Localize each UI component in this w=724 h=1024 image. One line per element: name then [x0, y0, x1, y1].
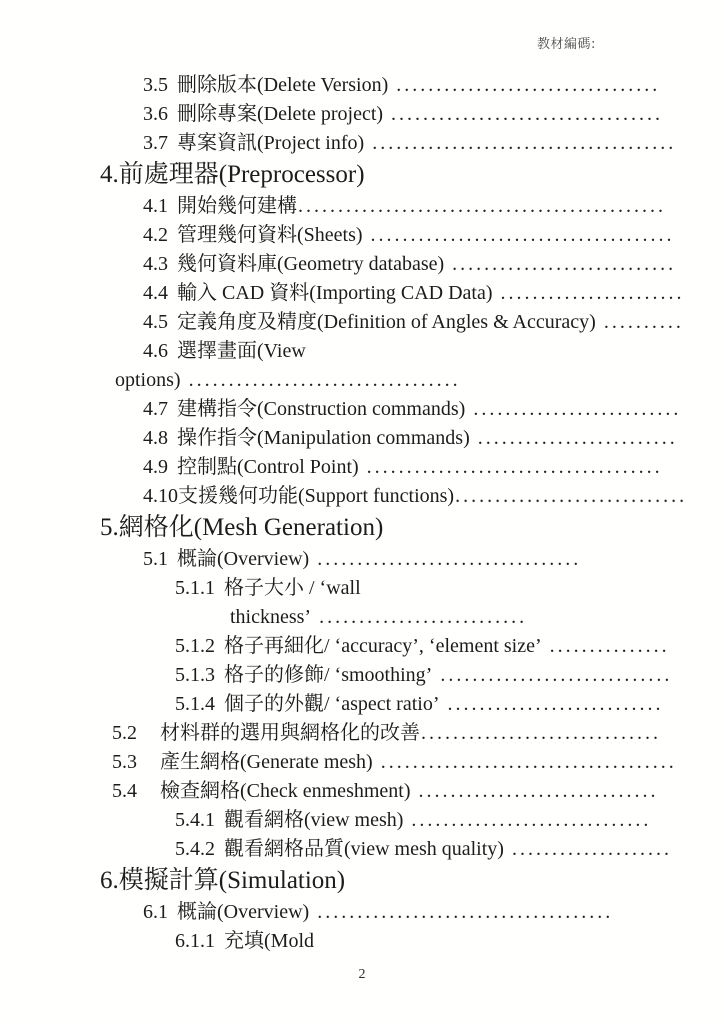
toc-entry: 5.3產生網格(Generate mesh)..................…: [112, 748, 724, 777]
entry-number: 6.1: [143, 901, 168, 923]
entry-text: 個子的外觀/ ‘aspect ratio’: [224, 693, 440, 715]
toc-entry: 4.3幾何資料庫(Geometry database).............…: [143, 250, 724, 279]
toc: 3.5刪除版本(Delete Version).................…: [0, 71, 724, 956]
entry-number: 5.1.3: [175, 664, 215, 686]
dot-leader: .....................................: [381, 751, 677, 773]
toc-entry: 4.7建構指令(Construction commands)..........…: [143, 395, 724, 424]
entry-text: 概論(Overview): [177, 548, 309, 570]
entry-text: 操作指令(Manipulation commands): [177, 427, 470, 449]
dot-leader: ...........................: [448, 693, 664, 715]
toc-entry: 4.9控制點(Control Point)...................…: [143, 453, 724, 482]
entry-number: 5.2: [112, 719, 160, 748]
entry-text: 格子大小 / ‘wall: [224, 577, 361, 599]
toc-entry: thickness’..........................: [230, 603, 724, 632]
entry-number: 4.1: [143, 195, 168, 217]
toc-entry: 5.1概論(Overview).........................…: [143, 545, 724, 574]
page-number: 2: [0, 967, 724, 983]
entry-number: 3.6: [143, 103, 168, 125]
entry-number: 5.4.2: [175, 838, 215, 860]
entry-text: 6.模擬計算(Simulation): [100, 867, 345, 894]
entry-number: 4.2: [143, 224, 168, 246]
toc-entry: 4.5定義角度及精度(Definition of Angles & Accura…: [143, 308, 724, 337]
toc-entry: 4.8操作指令(Manipulation commands)..........…: [143, 424, 724, 453]
entry-number: 4.4: [143, 282, 168, 304]
entry-number: 5.3: [112, 748, 160, 777]
toc-entry: 3.5刪除版本(Delete Version).................…: [143, 71, 724, 100]
entry-text: 專案資訊(Project info): [177, 132, 364, 154]
toc-entry: 5.1.4個子的外觀/ ‘aspect ratio’..............…: [175, 690, 724, 719]
dot-leader: ..............................: [421, 722, 661, 744]
dot-leader: ........................................…: [298, 195, 666, 217]
entry-number: 5.1.4: [175, 693, 215, 715]
entry-text: 概論(Overview): [177, 901, 309, 923]
toc-entry: options)................................…: [115, 366, 724, 395]
dot-leader: .............................: [455, 485, 687, 507]
entry-text: 觀看網格(view mesh): [224, 809, 403, 831]
toc-entry: 5.1.1格子大小 / ‘wall: [175, 574, 724, 603]
dot-leader: ..........................: [473, 398, 681, 420]
dot-leader: ..................................: [391, 103, 663, 125]
toc-entry: 5.4.1觀看網格(view mesh)....................…: [175, 806, 724, 835]
entry-text: 充填(Mold: [224, 930, 314, 952]
entry-text: 格子再細化/ ‘accuracy’, ‘element size’: [224, 635, 542, 657]
toc-entry: 4.10支援幾何功能(Support functions)...........…: [143, 482, 724, 511]
entry-number: 4.9: [143, 456, 168, 478]
entry-text: 輸入 CAD 資料(Importing CAD Data): [177, 282, 493, 304]
entry-text: 觀看網格品質(view mesh quality): [224, 838, 504, 860]
entry-text: thickness’: [230, 606, 311, 628]
dot-leader: ............................: [452, 253, 676, 275]
entry-text: 建構指令(Construction commands): [177, 398, 465, 420]
entry-number: 5.4: [112, 777, 160, 806]
entry-number: 5.1.1: [175, 577, 215, 599]
dot-leader: ......................................: [372, 132, 676, 154]
dot-leader: ..................................: [189, 369, 461, 391]
toc-entry: 5.網格化(Mesh Generation): [100, 511, 724, 545]
header-label: 教材編碼:: [537, 33, 596, 52]
entry-number: 5.1: [143, 548, 168, 570]
dot-leader: .................................: [396, 74, 660, 96]
entry-number: 5.4.1: [175, 809, 215, 831]
toc-entry: 4.1開始幾何建構...............................…: [143, 192, 724, 221]
dot-leader: ..........: [604, 311, 684, 333]
dot-leader: .....................................: [367, 456, 663, 478]
entry-number: 4.10: [143, 485, 178, 507]
entry-text: 刪除版本(Delete Version): [177, 74, 388, 96]
toc-entry: 6.1.1充填(Mold: [175, 927, 724, 956]
entry-number: 4.5: [143, 311, 168, 333]
dot-leader: ..............................: [419, 780, 659, 802]
entry-number: 3.5: [143, 74, 168, 96]
entry-text: 控制點(Control Point): [177, 456, 359, 478]
entry-text: 定義角度及精度(Definition of Angles & Accuracy): [177, 311, 596, 333]
dot-leader: .........................: [478, 427, 678, 449]
entry-text: 產生網格(Generate mesh): [160, 751, 373, 773]
dot-leader: ..........................: [319, 606, 527, 628]
toc-entry: 3.6刪除專案(Delete project).................…: [143, 100, 724, 129]
toc-entry: 6.模擬計算(Simulation): [100, 864, 724, 898]
toc-entry: 3.7專案資訊(Project info)...................…: [143, 129, 724, 158]
toc-entry: 6.1概論(Overview).........................…: [143, 898, 724, 927]
entry-text: 刪除專案(Delete project): [177, 103, 383, 125]
entry-number: 4.7: [143, 398, 168, 420]
entry-text: 選擇畫面(View: [177, 340, 306, 362]
entry-number: 4.8: [143, 427, 168, 449]
entry-text: options): [115, 369, 181, 391]
dot-leader: ....................: [512, 838, 672, 860]
entry-text: 材料群的選用與網格化的改善: [160, 722, 420, 744]
toc-entry: 4.2管理幾何資料(Sheets).......................…: [143, 221, 724, 250]
dot-leader: .......................: [501, 282, 685, 304]
entry-text: 格子的修飾/ ‘smoothing’: [224, 664, 432, 686]
entry-text: 開始幾何建構: [177, 195, 297, 217]
toc-entry: 5.2材料群的選用與網格化的改善........................…: [112, 719, 724, 748]
toc-entry: 4.4輸入 CAD 資料(Importing CAD Data)........…: [143, 279, 724, 308]
entry-text: 4.前處理器(Preprocessor): [100, 161, 365, 188]
toc-entry: 4.前處理器(Preprocessor): [100, 158, 724, 192]
entry-text: 檢查網格(Check enmeshment): [160, 780, 411, 802]
toc-entry: 5.4檢查網格(Check enmeshment)...............…: [112, 777, 724, 806]
entry-text: 5.網格化(Mesh Generation): [100, 514, 383, 541]
dot-leader: .....................................: [317, 901, 613, 923]
dot-leader: ..............................: [411, 809, 651, 831]
dot-leader: ......................................: [371, 224, 675, 246]
entry-text: 管理幾何資料(Sheets): [177, 224, 363, 246]
toc-entry: 5.4.2觀看網格品質(view mesh quality)..........…: [175, 835, 724, 864]
entry-number: 3.7: [143, 132, 168, 154]
document-page: 教材編碼: 3.5刪除版本(Delete Version)...........…: [0, 0, 724, 1024]
toc-entry: 4.6選擇畫面(View: [143, 337, 724, 366]
dot-leader: .................................: [317, 548, 581, 570]
dot-leader: .............................: [440, 664, 672, 686]
toc-entry: 5.1.2格子再細化/ ‘accuracy’, ‘element size’..…: [175, 632, 724, 661]
entry-text: 支援幾何功能(Support functions): [178, 485, 454, 507]
dot-leader: ...............: [550, 635, 670, 657]
entry-number: 5.1.2: [175, 635, 215, 657]
entry-number: 4.6: [143, 340, 168, 362]
entry-number: 4.3: [143, 253, 168, 275]
toc-entry: 5.1.3格子的修飾/ ‘smoothing’.................…: [175, 661, 724, 690]
entry-text: 幾何資料庫(Geometry database): [177, 253, 444, 275]
entry-number: 6.1.1: [175, 930, 215, 952]
